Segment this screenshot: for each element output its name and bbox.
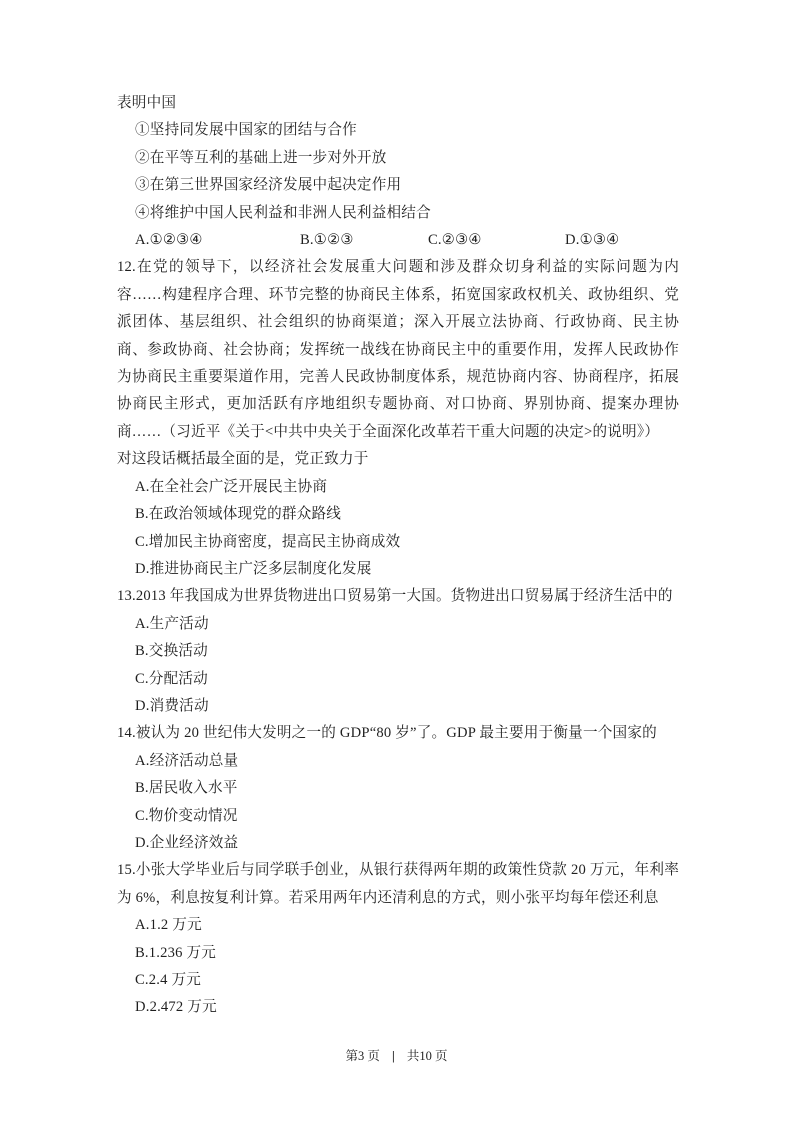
footer-current-page: 第3 页 bbox=[345, 1049, 379, 1063]
exam-document-page: 表明中国 ①坚持同发展中国家的团结与合作 ②在平等互利的基础上进一步对外开放 ③… bbox=[0, 0, 793, 1122]
q11-choice-d: D.①③④ bbox=[565, 227, 679, 254]
page-footer: 第3 页 | 共10 页 bbox=[0, 1046, 793, 1066]
q14-option-b: B.居民收入水平 bbox=[117, 775, 679, 802]
q14-option-c: C.物价变动情况 bbox=[117, 803, 679, 830]
q15-option-c: C.2.4 万元 bbox=[117, 967, 679, 994]
q14-option-a: A.经济活动总量 bbox=[117, 748, 679, 775]
q13-option-a: A.生产活动 bbox=[117, 611, 679, 638]
q11-choice-c: C.②③④ bbox=[428, 227, 565, 254]
footer-separator: | bbox=[392, 1046, 395, 1066]
q13-option-d: D.消费活动 bbox=[117, 693, 679, 720]
q12-option-a: A.在全社会广泛开展民主协商 bbox=[117, 474, 679, 501]
q11-statement-3: ③在第三世界国家经济发展中起决定作用 bbox=[117, 172, 679, 199]
q14-stem: 14.被认为 20 世纪伟大发明之一的 GDP“80 岁”了。GDP 最主要用于… bbox=[117, 720, 679, 747]
page-content: 表明中国 ①坚持同发展中国家的团结与合作 ②在平等互利的基础上进一步对外开放 ③… bbox=[117, 90, 679, 1022]
q11-statement-4: ④将维护中国人民利益和非洲人民利益相结合 bbox=[117, 200, 679, 227]
q11-statement-2: ②在平等互利的基础上进一步对外开放 bbox=[117, 145, 679, 172]
q12-option-c: C.增加民主协商密度，提高民主协商成效 bbox=[117, 529, 679, 556]
q11-choice-b: B.①②③ bbox=[300, 227, 428, 254]
q15-stem: 15.小张大学毕业后与同学联手创业，从银行获得两年期的政策性贷款 20 万元，年… bbox=[117, 857, 679, 912]
q13-option-b: B.交换活动 bbox=[117, 638, 679, 665]
q15-option-d: D.2.472 万元 bbox=[117, 994, 679, 1021]
q14-option-d: D.企业经济效益 bbox=[117, 830, 679, 857]
q12-prompt: 对这段话概括最全面的是，党正致力于 bbox=[117, 446, 679, 473]
q11-choices-row: A.①②③④ B.①②③ C.②③④ D.①③④ bbox=[117, 227, 679, 254]
q12-option-d: D.推进协商民主广泛多层制度化发展 bbox=[117, 556, 679, 583]
q11-stem-tail: 表明中国 bbox=[117, 90, 679, 117]
q13-stem: 13.2013 年我国成为世界货物进出口贸易第一大国。货物进出口贸易属于经济生活… bbox=[117, 583, 679, 610]
footer-total-pages: 共10 页 bbox=[407, 1049, 448, 1063]
q11-statement-1: ①坚持同发展中国家的团结与合作 bbox=[117, 117, 679, 144]
q15-option-b: B.1.236 万元 bbox=[117, 940, 679, 967]
q12-option-b: B.在政治领域体现党的群众路线 bbox=[117, 501, 679, 528]
q13-option-c: C.分配活动 bbox=[117, 666, 679, 693]
q15-option-a: A.1.2 万元 bbox=[117, 912, 679, 939]
q11-choice-a: A.①②③④ bbox=[135, 227, 300, 254]
q12-stem: 12.在党的领导下，以经济社会发展重大问题和涉及群众切身利益的实际问题为内容……… bbox=[117, 254, 679, 446]
